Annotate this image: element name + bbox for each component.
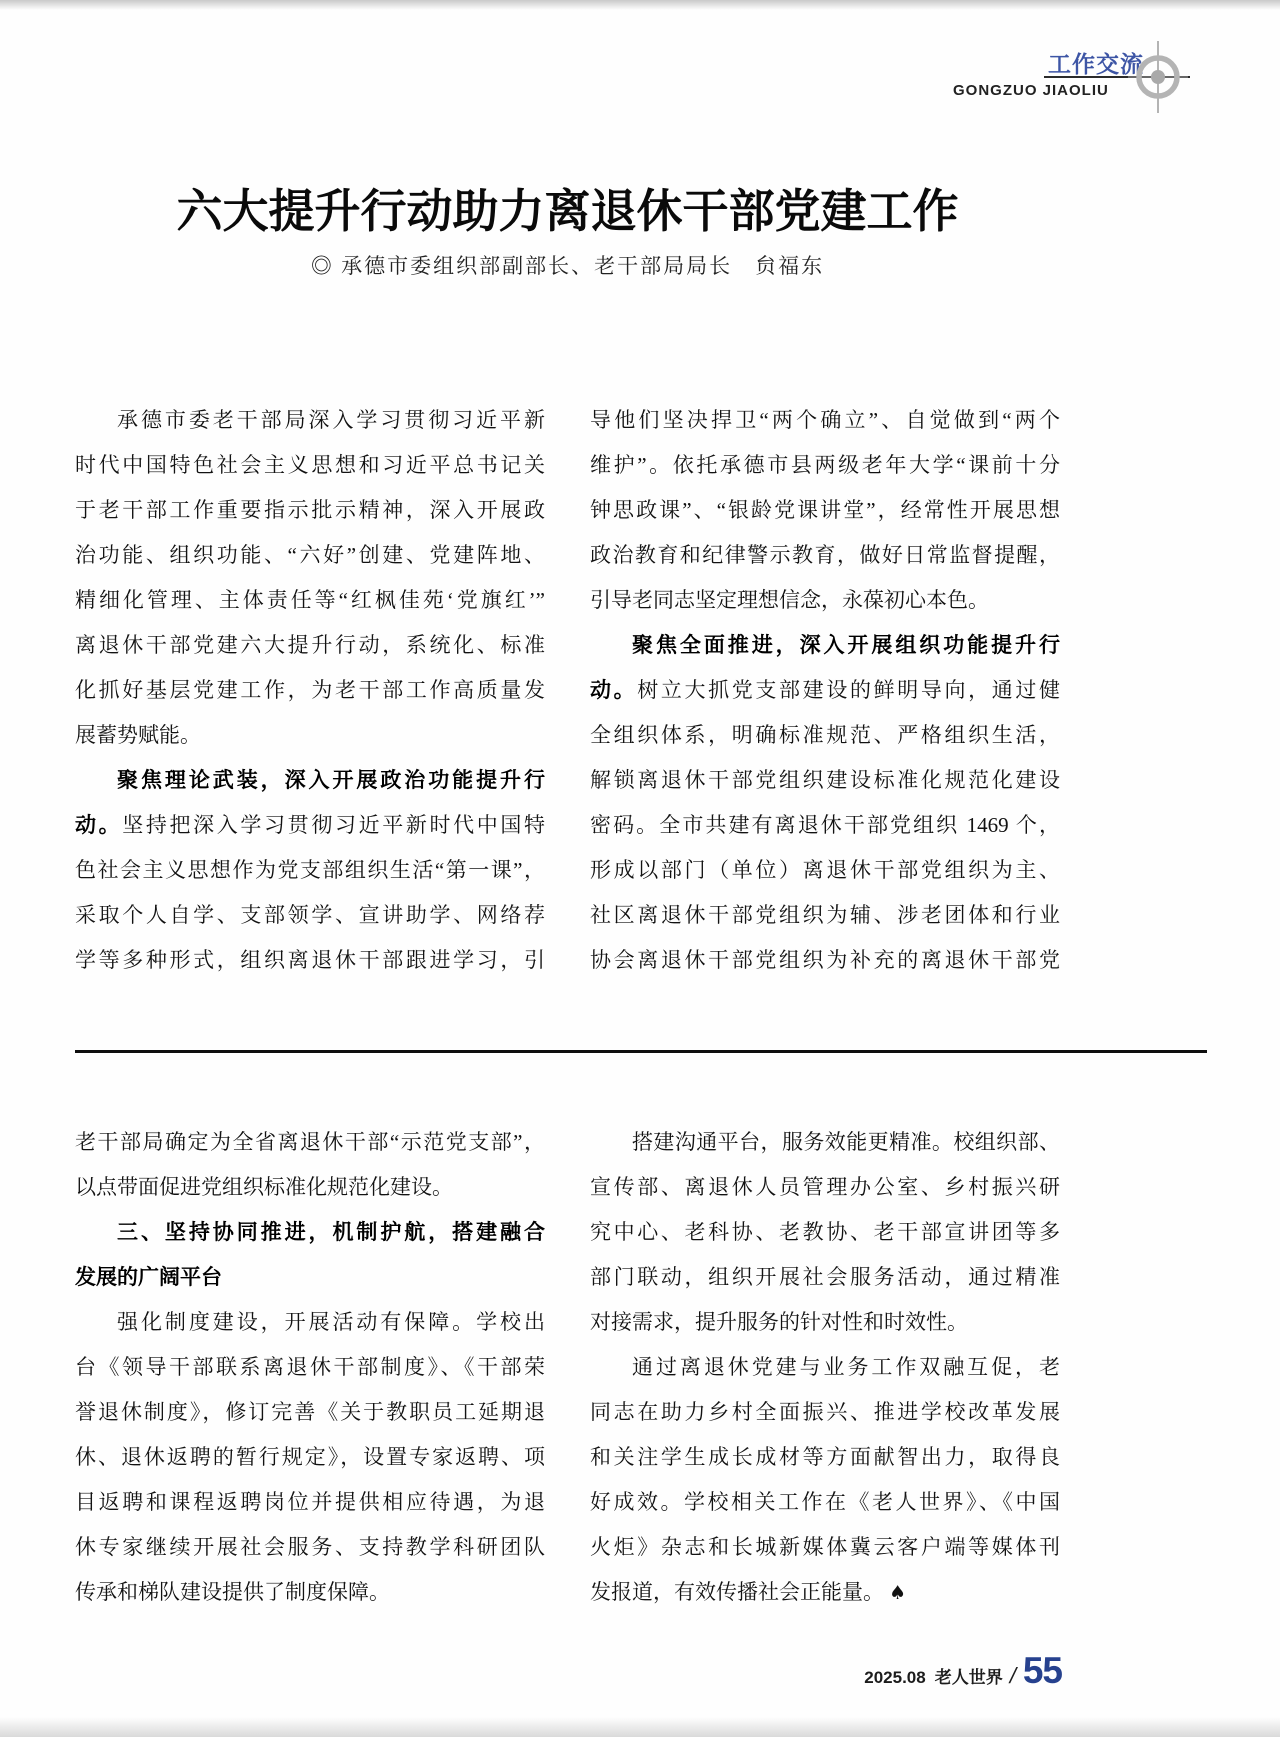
text-line: 同志在助力乡村全面振兴、推进学校改革发展 (590, 1390, 1060, 1435)
text-line: 誉退休制度》，修订完善《关于教职员工延期退 (75, 1390, 545, 1435)
text-line: 社区离退休干部党组织为辅、涉老团体和行业 (590, 893, 1060, 938)
text-line: 全组织体系，明确标准规范、严格组织生活， (590, 713, 1060, 758)
text-line: 形成以部门（单位）离退休干部党组织为主、 (590, 848, 1060, 893)
scan-edge-bottom (0, 1717, 1280, 1737)
text-line: 强化制度建设，开展活动有保障。学校出 (75, 1300, 545, 1345)
section-divider (75, 1050, 1207, 1053)
text-line: 于老干部工作重要指示批示精神，深入开展政 (75, 488, 545, 533)
text-line: 聚焦全面推进，深入开展组织功能提升行 (590, 623, 1060, 668)
footer-separator: / (1007, 1663, 1019, 1689)
target-icon (1128, 39, 1188, 115)
text-line: 传承和梯队建设提供了制度保障。 (75, 1570, 545, 1615)
text-line: 以点带面促进党组织标准化规范化建设。 (75, 1165, 545, 1210)
footer-magazine-name: 老人世界 (935, 1663, 1003, 1688)
text-line: 好成效。学校相关工作在《老人世界》、《中国 (590, 1480, 1060, 1525)
text-line: 学等多种形式，组织离退休干部跟进学习，引 (75, 938, 545, 983)
text-line: 通过离退休党建与业务工作双融互促，老 (590, 1345, 1060, 1390)
text-line: 休、退休返聘的暂行规定》，设置专家返聘、项 (75, 1435, 545, 1480)
article-section-upper: 承德市委老干部局深入学习贯彻习近平新时代中国特色社会主义思想和习近平总书记关于老… (75, 398, 1060, 983)
text-line: 离退休干部党建六大提升行动，系统化、标准 (75, 623, 545, 668)
text-column: 老干部局确定为全省离退休干部“示范党支部”，以点带面促进党组织标准化规范化建设。… (75, 1120, 545, 1615)
text-line: 三、坚持协同推进，机制护航，搭建融合 (75, 1210, 545, 1255)
article-section-lower: 老干部局确定为全省离退休干部“示范党支部”，以点带面促进党组织标准化规范化建设。… (75, 1120, 1060, 1615)
text-line: 发展的广阔平台 (75, 1255, 545, 1300)
text-line: 火炬》杂志和长城新媒体冀云客户端等媒体刊 (590, 1525, 1060, 1570)
article-byline: ◎ 承德市委组织部副部长、老干部局局长 贠福东 (75, 250, 1060, 280)
text-line: 聚焦理论武装，深入开展政治功能提升行 (75, 758, 545, 803)
section-label-pinyin: GONGZUO JIAOLIU (953, 82, 1109, 99)
text-line: 老干部局确定为全省离退休干部“示范党支部”， (75, 1120, 545, 1165)
text-line: 和关注学生成长成材等方面献智出力，取得良 (590, 1435, 1060, 1480)
text-line: 精细化管理、主体责任等“红枫佳苑‘党旗红’” (75, 578, 545, 623)
page-footer: 2025.08 老人世界 / 55 (864, 1650, 1062, 1692)
page-number: 55 (1023, 1650, 1062, 1692)
text-line: 密码。全市共建有离退休干部党组织 1469 个， (590, 803, 1060, 848)
text-line: 色社会主义思想作为党支部组织生活“第一课”， (75, 848, 545, 893)
text-line: 治功能、组织功能、“六好”创建、党建阵地、 (75, 533, 545, 578)
text-column: 承德市委老干部局深入学习贯彻习近平新时代中国特色社会主义思想和习近平总书记关于老… (75, 398, 545, 983)
text-line: 宣传部、离退休人员管理办公室、乡村振兴研 (590, 1165, 1060, 1210)
text-line: 时代中国特色社会主义思想和习近平总书记关 (75, 443, 545, 488)
text-line: 采取个人自学、支部领学、宣讲助学、网络荐 (75, 893, 545, 938)
text-line: 化抓好基层党建工作，为老干部工作高质量发 (75, 668, 545, 713)
text-line: 钟思政课”、“银龄党课讲堂”，经常性开展思想 (590, 488, 1060, 533)
text-line: 动。坚持把深入学习贯彻习近平新时代中国特 (75, 803, 545, 848)
article-end-icon: ♠ (889, 1582, 906, 1604)
text-line: 政治教育和纪律警示教育，做好日常监督提醒， (590, 533, 1060, 578)
article-title: 六大提升行动助力离退休干部党建工作 (75, 175, 1060, 241)
text-line: 休专家继续开展社会服务、支持教学科研团队 (75, 1525, 545, 1570)
footer-issue: 2025.08 (864, 1668, 925, 1688)
text-line: 引导老同志坚定理想信念，永葆初心本色。 (590, 578, 1060, 623)
text-line: 协会离退休干部党组织为补充的离退休干部党 (590, 938, 1060, 983)
text-line: 承德市委老干部局深入学习贯彻习近平新 (75, 398, 545, 443)
text-line: 发报道，有效传播社会正能量。♠ (590, 1570, 1060, 1615)
text-line: 目返聘和课程返聘岗位并提供相应待遇，为退 (75, 1480, 545, 1525)
text-line: 维护”。依托承德市县两级老年大学“课前十分 (590, 443, 1060, 488)
text-line: 解锁离退休干部党组织建设标准化规范化建设 (590, 758, 1060, 803)
text-line: 部门联动，组织开展社会服务活动，通过精准 (590, 1255, 1060, 1300)
text-line: 究中心、老科协、老教协、老干部宣讲团等多 (590, 1210, 1060, 1255)
magazine-page: 工作交流 GONGZUO JIAOLIU 六大提升行动助力离退休干部党建工作 ◎… (0, 0, 1280, 1737)
text-line: 搭建沟通平台，服务效能更精准。校组织部、 (590, 1120, 1060, 1165)
text-line: 对接需求，提升服务的针对性和时效性。 (590, 1300, 1060, 1345)
scan-edge-top (0, 0, 1280, 10)
text-line: 台《领导干部联系离退休干部制度》、《干部荣 (75, 1345, 545, 1390)
text-line: 展蓄势赋能。 (75, 713, 545, 758)
text-line: 动。树立大抓党支部建设的鲜明导向，通过健 (590, 668, 1060, 713)
text-column: 搭建沟通平台，服务效能更精准。校组织部、宣传部、离退休人员管理办公室、乡村振兴研… (590, 1120, 1060, 1615)
text-column: 导他们坚决捍卫“两个确立”、自觉做到“两个维护”。依托承德市县两级老年大学“课前… (590, 398, 1060, 983)
text-line: 导他们坚决捍卫“两个确立”、自觉做到“两个 (590, 398, 1060, 443)
